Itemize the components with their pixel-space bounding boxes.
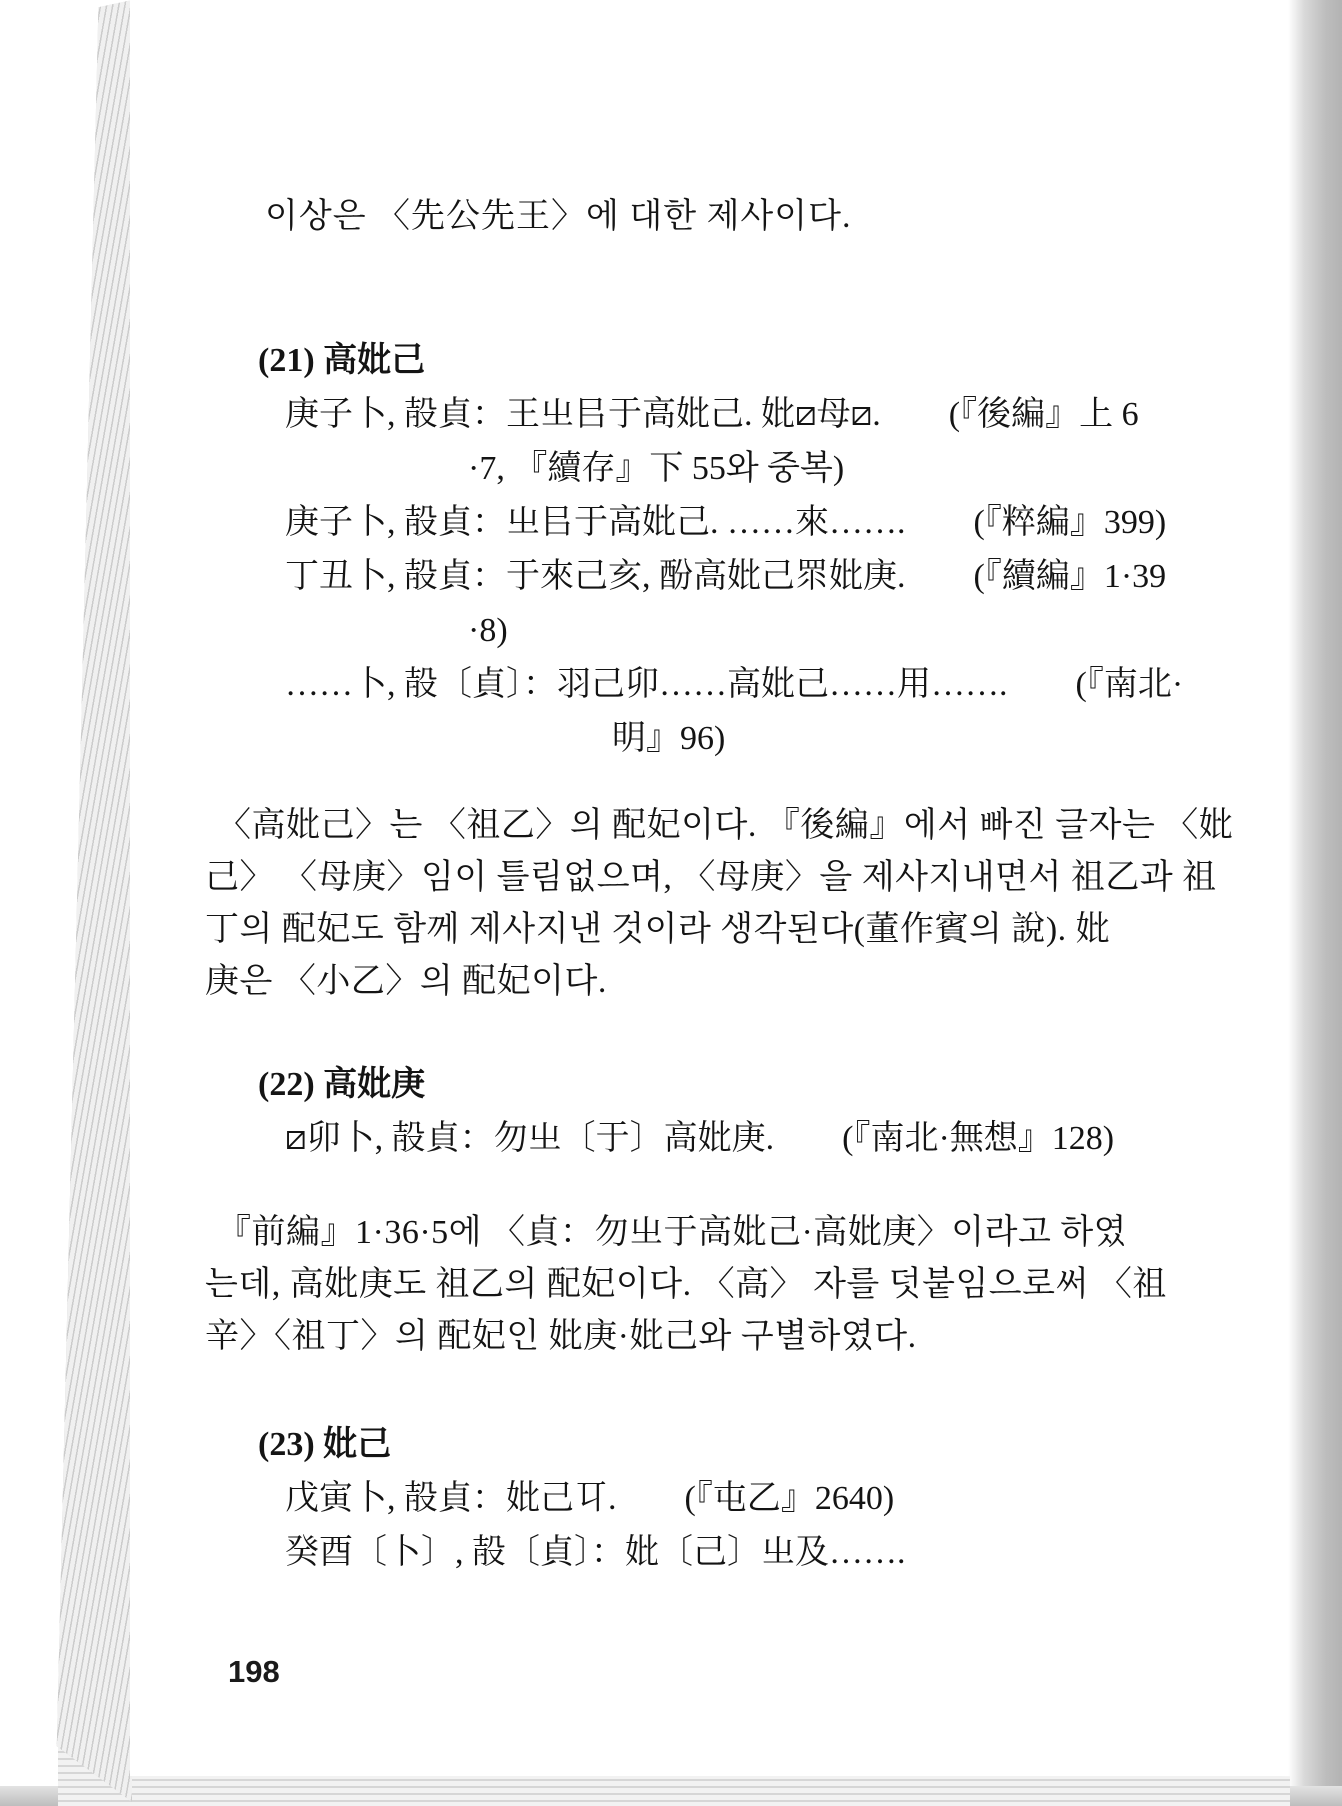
inscription-line: ⧄卯卜, 㱿貞：勿㞢〔于〕高妣庚.(『南北·無想』128) bbox=[285, 1112, 1105, 1166]
book-right-shadow bbox=[1288, 0, 1342, 1806]
inscription-text: ·8) bbox=[468, 604, 508, 658]
inscription-text: 丁丑卜, 㱿貞：于來己亥, 酚高妣己眔妣庚. bbox=[285, 550, 906, 604]
commentary-paragraph: 〈高妣己〉는 〈祖乙〉의 配妃이다. 『後編』에서 빠진 글자는 〈妣己〉 〈母… bbox=[205, 800, 1105, 1008]
inscription-line: ·7, 『續存』下 55와 중복) bbox=[468, 442, 1105, 496]
section-heading: (21) 高妣己 bbox=[205, 334, 1105, 388]
inscription-text: 癸酉〔卜〕, 㱿〔貞〕：妣〔己〕㞢及……. bbox=[285, 1526, 906, 1580]
commentary-line: 辛〉〈祖丁〉의 配妃인 妣庚·妣己와 구별하였다. bbox=[205, 1311, 1105, 1363]
inscription-text: ……卜, 㱿〔貞〕：羽己卯……高妣己……用……. bbox=[285, 658, 1008, 712]
inscription-line: 丁丑卜, 㱿貞：于來己亥, 酚高妣己眔妣庚.(『續編』1·39 bbox=[285, 550, 1105, 604]
inscription-line: ·8) bbox=[468, 604, 1105, 658]
commentary-paragraph: 『前編』1·36·5에 〈貞：勿㞢于高妣己·高妣庚〉이라고 하였는데, 高妣庚도… bbox=[205, 1207, 1105, 1363]
commentary-line: 는데, 高妣庚도 祖乙의 配妃이다. 〈高〉 자를 덧붙임으로써 〈祖 bbox=[205, 1259, 1105, 1311]
sections: (21) 高妣己庚子卜, 㱿貞：王㞢㠯于高妣己. 妣⧄母⧄.(『後編』上 6·7… bbox=[205, 334, 1105, 1580]
source-reference: (『後編』上 6 bbox=[949, 388, 1139, 442]
source-reference: (『續編』1·39 bbox=[974, 550, 1167, 604]
inscription-entries: 戊寅卜, 㱿貞：妣己㔿.(『屯乙』2640)癸酉〔卜〕, 㱿〔貞〕：妣〔己〕㞢及… bbox=[205, 1472, 1105, 1580]
inscription-line: 庚子卜, 㱿貞：王㞢㠯于高妣己. 妣⧄母⧄.(『後編』上 6 bbox=[285, 388, 1105, 442]
inscription-text: 庚子卜, 㱿貞：㞢㠯于高妣己. ……來……. bbox=[285, 496, 906, 550]
inscription-text: 戊寅卜, 㱿貞：妣己㔿. bbox=[285, 1472, 617, 1526]
inscription-line: 癸酉〔卜〕, 㱿〔貞〕：妣〔己〕㞢及……. bbox=[285, 1526, 1105, 1580]
source-reference: (『南北· bbox=[1076, 658, 1184, 712]
source-reference: (『粹編』399) bbox=[974, 496, 1167, 550]
inscription-text: ·7, 『續存』下 55와 중복) bbox=[468, 442, 844, 496]
inscription-text: ⧄卯卜, 㱿貞：勿㞢〔于〕高妣庚. bbox=[285, 1112, 774, 1166]
inscription-line: 戊寅卜, 㱿貞：妣己㔿.(『屯乙』2640) bbox=[285, 1472, 1105, 1526]
book-scan: 이상은 〈先公先王〉에 대한 제사이다. (21) 高妣己庚子卜, 㱿貞：王㞢㠯… bbox=[0, 0, 1342, 1806]
inscription-text: 庚子卜, 㱿貞：王㞢㠯于高妣己. 妣⧄母⧄. bbox=[285, 388, 881, 442]
inscription-entries: 庚子卜, 㱿貞：王㞢㠯于高妣己. 妣⧄母⧄.(『後編』上 6·7, 『續存』下 … bbox=[205, 388, 1105, 766]
section-heading: (23) 妣己 bbox=[205, 1418, 1105, 1472]
page-stack-left-edge bbox=[52, 0, 132, 1802]
inscription-line: 明』96) bbox=[612, 712, 1105, 766]
section: (21) 高妣己庚子卜, 㱿貞：王㞢㠯于高妣己. 妣⧄母⧄.(『後編』上 6·7… bbox=[205, 334, 1105, 1008]
inscription-line: 庚子卜, 㱿貞：㞢㠯于高妣己. ……來…….(『粹編』399) bbox=[285, 496, 1105, 550]
commentary-line: 己〉 〈母庚〉임이 틀림없으며, 〈母庚〉을 제사지내면서 祖乙과 祖 bbox=[205, 852, 1105, 904]
commentary-line: 丁의 配妃도 함께 제사지낸 것이라 생각된다(董作賓의 說). 妣 bbox=[205, 904, 1105, 956]
section-heading: (22) 高妣庚 bbox=[205, 1058, 1105, 1112]
section: (23) 妣己戊寅卜, 㱿貞：妣己㔿.(『屯乙』2640)癸酉〔卜〕, 㱿〔貞〕… bbox=[205, 1418, 1105, 1580]
intro-sentence: 이상은 〈先公先王〉에 대한 제사이다. bbox=[205, 190, 1105, 244]
section: (22) 高妣庚⧄卯卜, 㱿貞：勿㞢〔于〕高妣庚.(『南北·無想』128)『前編… bbox=[205, 1058, 1105, 1363]
inscription-text: 明』96) bbox=[612, 712, 725, 766]
commentary-line: 庚은 〈小乙〉의 配妃이다. bbox=[205, 956, 1105, 1008]
source-reference: (『屯乙』2640) bbox=[685, 1472, 895, 1526]
page-number: 198 bbox=[205, 1654, 1105, 1690]
commentary-line: 『前編』1·36·5에 〈貞：勿㞢于高妣己·高妣庚〉이라고 하였 bbox=[205, 1207, 1105, 1259]
source-reference: (『南北·無想』128) bbox=[842, 1112, 1114, 1166]
book-page: 이상은 〈先公先王〉에 대한 제사이다. (21) 高妣己庚子卜, 㱿貞：王㞢㠯… bbox=[130, 0, 1288, 1776]
inscription-line: ……卜, 㱿〔貞〕：羽己卯……高妣己……用…….(『南北· bbox=[285, 658, 1105, 712]
commentary-line: 〈高妣己〉는 〈祖乙〉의 配妃이다. 『後編』에서 빠진 글자는 〈妣 bbox=[205, 800, 1105, 852]
inscription-entries: ⧄卯卜, 㱿貞：勿㞢〔于〕高妣庚.(『南北·無想』128) bbox=[205, 1112, 1105, 1166]
